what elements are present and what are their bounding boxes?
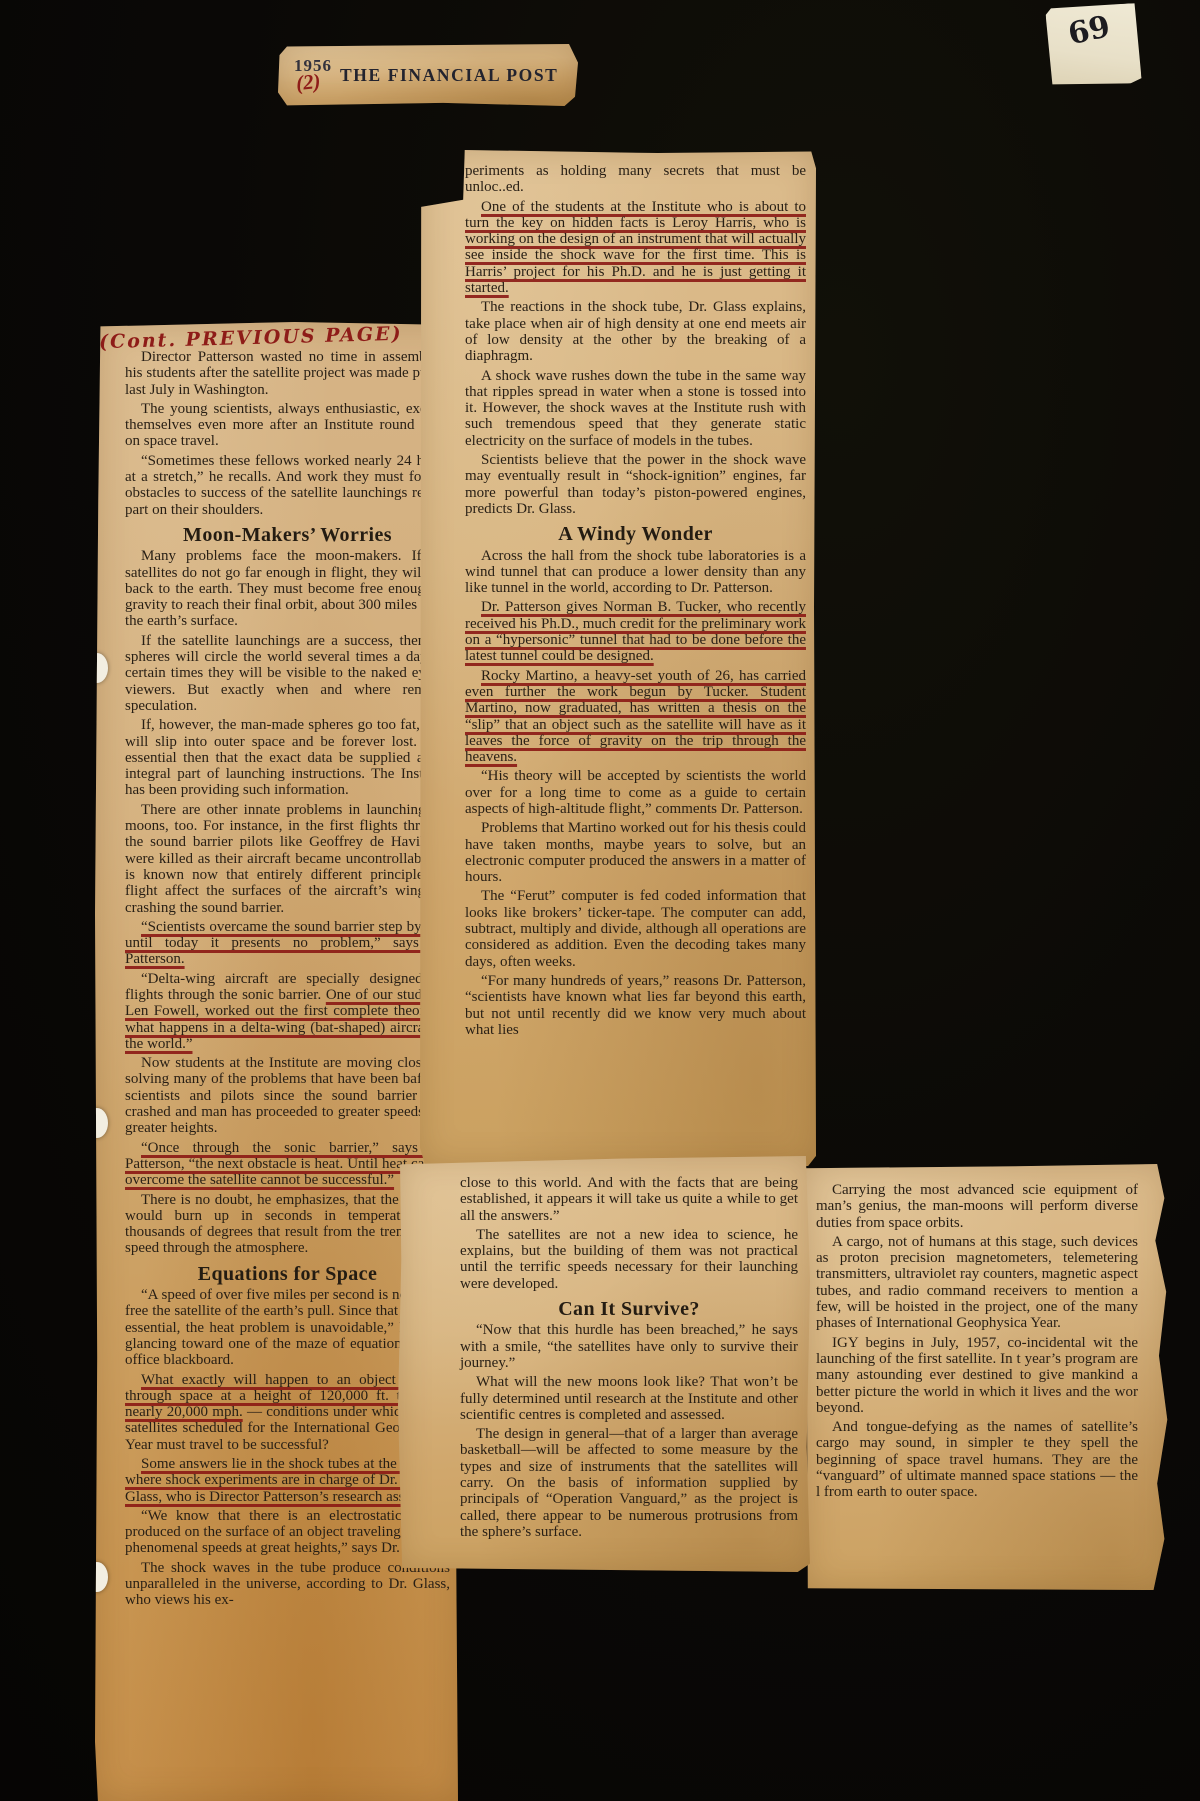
text-run: IGY begins in July, 1957, co-incidental …	[816, 1335, 1138, 1416]
text-run: Many problems face the moon-makers. If t…	[125, 548, 450, 629]
text-run: The satellites are not a new idea to sci…	[460, 1227, 798, 1292]
article-paragraph: There are other innate problems in launc…	[125, 802, 450, 916]
text-run: There are other innate problems in launc…	[125, 802, 450, 916]
article-paragraph: The young scientists, always enthusiasti…	[125, 401, 450, 450]
article-paragraph: periments as holding many secrets that m…	[465, 163, 806, 196]
article-paragraph: “His theory will be accepted by scientis…	[465, 768, 806, 817]
middle-bottom-text: close to this world. And with the facts …	[398, 1156, 810, 1572]
article-paragraph: A shock wave rushes down the tube in the…	[465, 368, 806, 449]
text-run: Across the hall from the shock tube labo…	[465, 548, 806, 597]
scrapbook-page: 1956 (2) THE FINANCIAL POST 69 (Cont. PR…	[0, 0, 1200, 1801]
right-column-clipping: Carrying the most advanced scie equipmen…	[806, 1164, 1168, 1590]
red-underlined-passage: One of the students at the Institute who…	[465, 199, 806, 296]
masthead-handwritten-mark: (2)	[295, 69, 322, 96]
middle-bottom-clipping: close to this world. And with the facts …	[398, 1156, 810, 1572]
text-run: The reactions in the shock tube, Dr. Gla…	[465, 299, 806, 364]
left-column-clipping: (Cont. PREVIOUS PAGE) Director Patterson…	[95, 322, 458, 1801]
text-run: Equations for Space	[198, 1263, 378, 1285]
text-run: What will the new moons look like? That …	[460, 1374, 798, 1423]
article-paragraph: Now students at the Institute are moving…	[125, 1055, 450, 1136]
article-heading: A Windy Wonder	[465, 526, 806, 542]
article-paragraph: And tongue-defying as the names of satel…	[816, 1419, 1138, 1500]
article-paragraph: If the satellite launchings are a succes…	[125, 633, 450, 714]
article-paragraph: What will the new moons look like? That …	[460, 1374, 798, 1423]
article-paragraph: If, however, the man-made spheres go too…	[125, 717, 450, 798]
newspaper-title: THE FINANCIAL POST	[340, 65, 558, 86]
article-paragraph: Rocky Martino, a heavy-set youth of 26, …	[465, 668, 806, 766]
article-paragraph: Across the hall from the shock tube labo…	[465, 548, 806, 597]
article-paragraph: “Now that this hurdle has been breached,…	[460, 1322, 798, 1371]
text-run: Can It Survive?	[558, 1298, 700, 1320]
masthead-clipping: 1956 (2) THE FINANCIAL POST	[278, 44, 578, 106]
article-paragraph: “Sometimes these fellows worked nearly 2…	[125, 453, 450, 518]
text-run: Scientists believe that the power in the…	[465, 452, 806, 517]
text-run: Director Patterson wasted no time in ass…	[125, 349, 450, 398]
text-run: Moon-Makers’ Worries	[183, 524, 392, 546]
page-number: 69	[1065, 9, 1113, 52]
article-paragraph: The reactions in the shock tube, Dr. Gla…	[465, 299, 806, 364]
text-run: The shock waves in the tube produce cond…	[125, 1560, 450, 1609]
article-paragraph: The “Ferut” computer is fed coded inform…	[465, 888, 806, 969]
article-paragraph: Many problems face the moon-makers. If t…	[125, 548, 450, 629]
article-paragraph: Scientists believe that the power in the…	[465, 452, 806, 517]
article-paragraph: The satellites are not a new idea to sci…	[460, 1227, 798, 1292]
left-column-text: Director Patterson wasted no time in ass…	[95, 322, 458, 1801]
text-run: “Sometimes these fellows worked nearly 2…	[125, 453, 450, 518]
text-run: A Windy Wonder	[558, 523, 713, 545]
text-run: If, however, the man-made spheres go too…	[125, 717, 450, 798]
text-run: The young scientists, always enthusiasti…	[125, 401, 450, 450]
article-paragraph: A cargo, not of humans at this stage, su…	[816, 1234, 1138, 1332]
text-run: “His theory will be accepted by scientis…	[465, 768, 806, 817]
text-run: periments as holding many secrets that m…	[465, 163, 806, 195]
text-run: A shock wave rushes down the tube in the…	[465, 368, 806, 449]
article-paragraph: The design in general—that of a larger t…	[460, 1426, 798, 1540]
red-underlined-passage: Dr. Patterson gives Norman B. Tucker, wh…	[465, 599, 806, 664]
text-run: Carrying the most advanced scie equipmen…	[816, 1182, 1138, 1231]
article-paragraph: Director Patterson wasted no time in ass…	[125, 349, 450, 398]
article-heading: Can It Survive?	[460, 1301, 798, 1317]
article-paragraph: IGY begins in July, 1957, co-incidental …	[816, 1335, 1138, 1416]
red-underlined-passage: Rocky Martino, a heavy-set youth of 26, …	[465, 668, 806, 765]
text-run: The “Ferut” computer is fed coded inform…	[465, 888, 806, 969]
text-run: Now students at the Institute are moving…	[125, 1055, 450, 1136]
text-run: The design in general—that of a larger t…	[460, 1426, 798, 1540]
text-run: “For many hundreds of years,” reasons Dr…	[465, 973, 806, 1038]
article-paragraph: “Scientists overcame the sound barrier s…	[125, 919, 450, 968]
text-run: If the satellite launchings are a succes…	[125, 633, 450, 714]
article-paragraph: Carrying the most advanced scie equipmen…	[816, 1182, 1138, 1231]
article-paragraph: “For many hundreds of years,” reasons Dr…	[465, 973, 806, 1038]
text-run: Problems that Martino worked out for his…	[465, 820, 806, 885]
article-paragraph: One of the students at the Institute who…	[465, 199, 806, 297]
right-column-text: Carrying the most advanced scie equipmen…	[806, 1164, 1168, 1590]
middle-top-text: periments as holding many secrets that m…	[420, 150, 816, 1166]
article-paragraph: “Delta-wing aircraft are specially desig…	[125, 971, 450, 1052]
article-paragraph: The shock waves in the tube produce cond…	[125, 1560, 450, 1609]
page-number-card: 69	[1045, 3, 1141, 87]
text-run: A cargo, not of humans at this stage, su…	[816, 1234, 1138, 1331]
text-run: And tongue-defying as the names of satel…	[816, 1419, 1138, 1500]
text-run: close to this world. And with the facts …	[460, 1175, 798, 1224]
article-paragraph: Problems that Martino worked out for his…	[465, 820, 806, 885]
article-heading: Moon-Makers’ Worries	[125, 527, 450, 543]
middle-top-clipping: periments as holding many secrets that m…	[420, 150, 816, 1166]
article-paragraph: Dr. Patterson gives Norman B. Tucker, wh…	[465, 599, 806, 664]
red-underlined-passage: “Scientists overcame the sound barrier s…	[125, 919, 450, 968]
article-paragraph: close to this world. And with the facts …	[460, 1175, 798, 1224]
text-run: “Now that this hurdle has been breached,…	[460, 1322, 798, 1371]
